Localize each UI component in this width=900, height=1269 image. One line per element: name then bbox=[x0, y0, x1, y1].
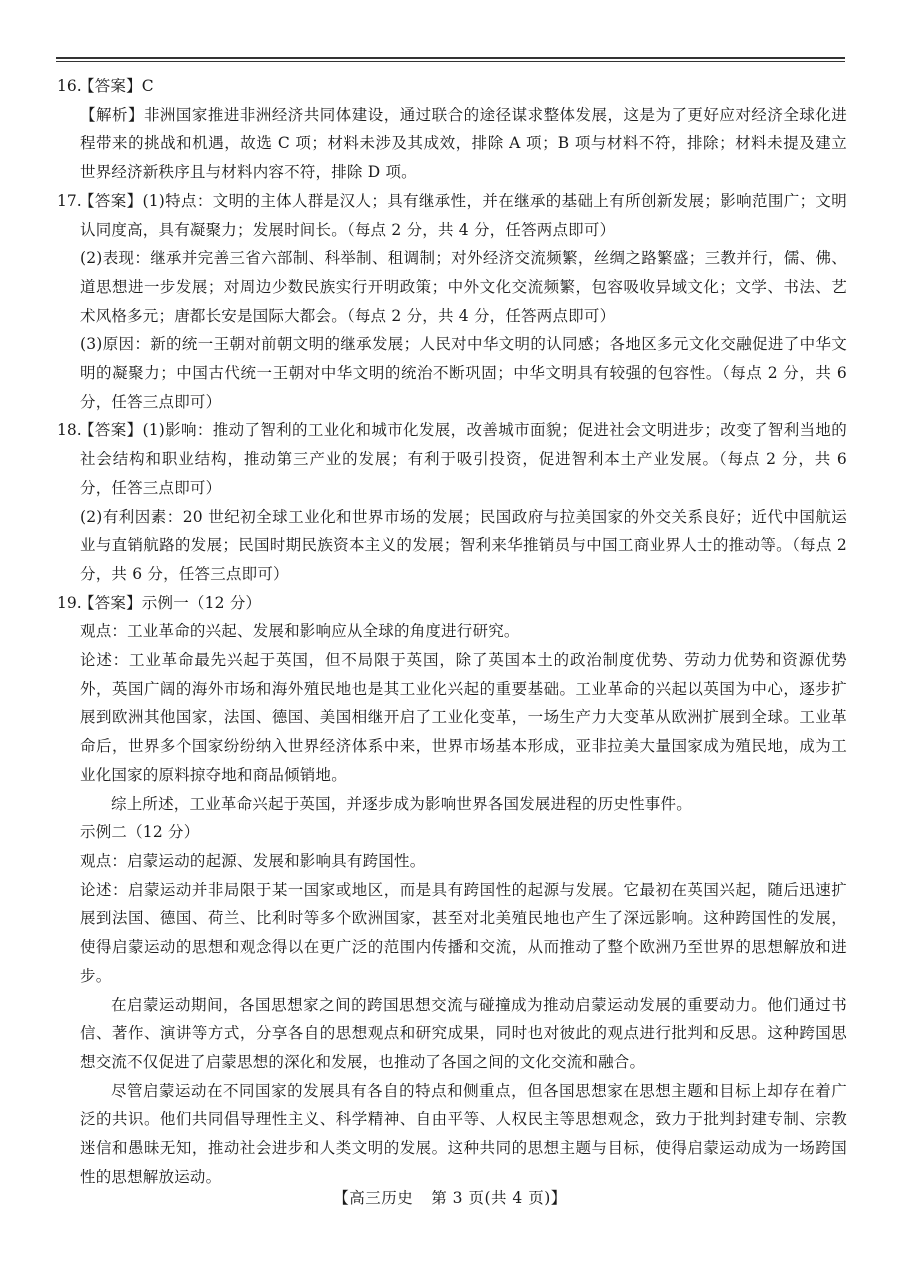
footer-page-number: 第 3 页(共 4 页) bbox=[431, 1189, 551, 1207]
analysis-paragraph: 【解析】非洲国家推进非洲经济共同体建设，通过联合的途径谋求整体发展，这是为了更好… bbox=[57, 101, 847, 187]
answer-line: 【答案】C bbox=[57, 72, 847, 101]
footer-bracket-open: 【 bbox=[333, 1189, 349, 1207]
example1-argument: 论述：工业革命最先兴起于英国，但不局限于英国，除了英国本土的政治制度优势、劳动力… bbox=[57, 646, 847, 790]
header-rule-top bbox=[56, 57, 845, 59]
footer-subject: 高三历史 bbox=[349, 1189, 413, 1207]
example1-viewpoint: 观点：工业革命的兴起、发展和影响应从全球的角度进行研究。 bbox=[57, 617, 847, 646]
answer-part-2: (2)有利因素：20 世纪初全球工业化和世界市场的发展；民国政府与拉美国家的外交… bbox=[57, 503, 847, 589]
answer-part-1: 【答案】(1)影响：推动了智利的工业化和城市化发展，改善城市面貌；促进社会文明进… bbox=[57, 416, 847, 502]
answer-part-3: (3)原因：新的统一王朝对前朝文明的继承发展；人民对中华文明的认同感；各地区多元… bbox=[57, 330, 847, 416]
question-18: 18. 【答案】(1)影响：推动了智利的工业化和城市化发展，改善城市面貌；促进社… bbox=[57, 416, 847, 588]
example2-title: 示例二（12 分） bbox=[57, 818, 847, 847]
answer-part-1: 【答案】(1)特点：文明的主体人群是汉人；具有继承性，并在继承的基础上有所创新发… bbox=[57, 187, 847, 244]
example2-paragraph-2: 在启蒙运动期间，各国思想家之间的跨国思想交流与碰撞成为推动启蒙运动发展的重要动力… bbox=[57, 991, 847, 1077]
example1-conclusion: 综上所述，工业革命兴起于英国，并逐步成为影响世界各国发展进程的历史性事件。 bbox=[57, 790, 847, 819]
example2-argument: 论述：启蒙运动并非局限于某一国家或地区，而是具有跨国性的起源与发展。它最初在英国… bbox=[57, 876, 847, 991]
question-number: 18. bbox=[57, 416, 82, 445]
question-number: 16. bbox=[57, 72, 82, 101]
header-rule-bottom bbox=[56, 61, 845, 62]
page-footer: 【高三历史第 3 页(共 4 页)】 bbox=[0, 1186, 900, 1208]
answer-content: 16. 【答案】C 【解析】非洲国家推进非洲经济共同体建设，通过联合的途径谋求整… bbox=[57, 72, 847, 1191]
question-16: 16. 【答案】C 【解析】非洲国家推进非洲经济共同体建设，通过联合的途径谋求整… bbox=[57, 72, 847, 187]
example2-paragraph-3: 尽管启蒙运动在不同国家的发展具有各自的特点和侧重点，但各国思想家在思想主题和目标… bbox=[57, 1077, 847, 1192]
question-17: 17. 【答案】(1)特点：文明的主体人群是汉人；具有继承性，并在继承的基础上有… bbox=[57, 187, 847, 417]
example2-viewpoint: 观点：启蒙运动的起源、发展和影响具有跨国性。 bbox=[57, 847, 847, 876]
footer-bracket-close: 】 bbox=[551, 1189, 567, 1207]
answer-line: 【答案】示例一（12 分） bbox=[57, 589, 847, 618]
question-number: 17. bbox=[57, 187, 82, 216]
answer-part-2: (2)表现：继承并完善三省六部制、科举制、租调制；对外经济交流频繁，丝绸之路繁盛… bbox=[57, 244, 847, 330]
question-19: 19. 【答案】示例一（12 分） 观点：工业革命的兴起、发展和影响应从全球的角… bbox=[57, 589, 847, 1192]
question-number: 19. bbox=[57, 589, 82, 618]
